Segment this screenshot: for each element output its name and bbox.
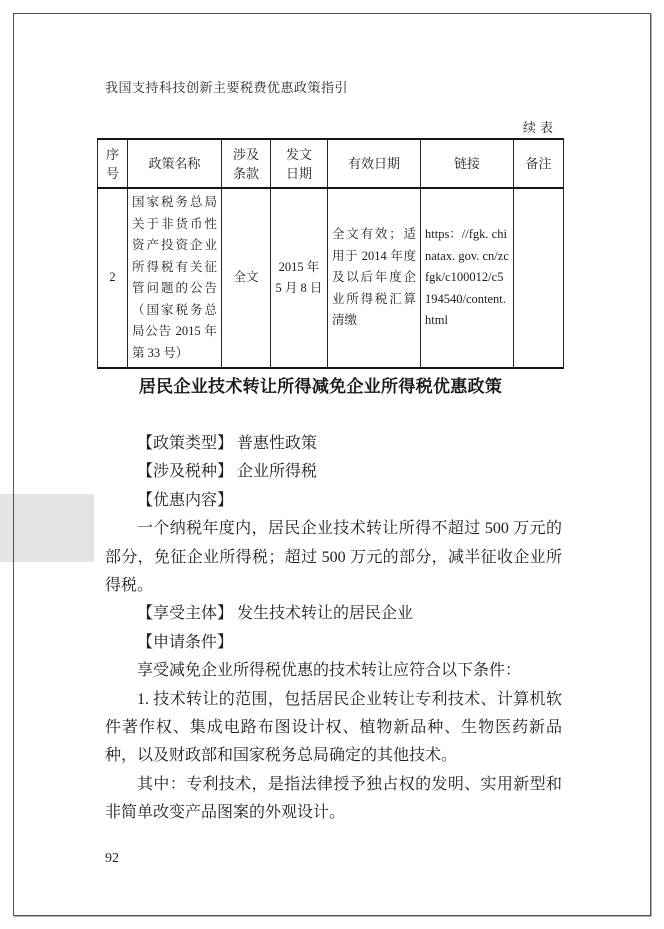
running-header: 我国支持科技创新主要税费优惠政策指引 [105, 77, 348, 96]
cell-policy-name: 国家税务总局关于非货币性资产投资企业所得税有关征管问题的公告（国家税务总局公告 … [128, 188, 222, 368]
condition-1-paragraph: 1. 技术转让的范围，包括居民企业转让专利技术、计算机软件著作权、集成电路布图设… [105, 686, 562, 771]
page-number: 92 [105, 851, 119, 867]
header-link: 链接 [421, 139, 514, 188]
header-clauses: 涉及 条款 [222, 139, 271, 188]
cell-issue-date: 2015 年 5 月 8 日 [271, 188, 328, 368]
policy-table: 序 号 政策名称 涉及 条款 发文 日期 有效日期 链接 备注 2 国家税务总局… [97, 138, 564, 369]
header-seq: 序 号 [98, 139, 128, 188]
benefit-label-line: 【优惠内容】 [105, 487, 562, 515]
cell-link: https：//fgk. chinatax. gov. cn/zcfgk/c10… [421, 188, 514, 368]
cell-seq: 2 [98, 188, 128, 368]
page-content: 我国支持科技创新主要税费优惠政策指引 续表 序 号 政策名称 [13, 13, 650, 915]
conditions-label-line: 【申请条件】 [105, 629, 562, 657]
patent-definition-paragraph: 其中：专利技术，是指法律授予独占权的发明、实用新型和非简单改变产品图案的外观设计… [105, 771, 562, 828]
cell-valid-date: 全文有效；适用于 2014 年度及以后年度企业所得税汇算清缴 [328, 188, 421, 368]
conditions-intro-paragraph: 享受减免企业所得税优惠的技术转让应符合以下条件： [105, 657, 562, 685]
continued-table-label: 续表 [97, 117, 557, 136]
table-row: 2 国家税务总局关于非货币性资产投资企业所得税有关征管问题的公告（国家税务总局公… [98, 188, 564, 368]
header-policy-name: 政策名称 [128, 139, 222, 188]
benefit-body-paragraph: 一个纳税年度内，居民企业技术转让所得不超过 500 万元的部分，免征企业所得税；… [105, 515, 562, 600]
cell-clauses: 全文 [222, 188, 271, 368]
section-title: 居民企业技术转让所得减免企业所得税优惠政策 [105, 377, 562, 397]
header-valid-date: 有效日期 [328, 139, 421, 188]
article-section: 居民企业技术转让所得减免企业所得税优惠政策 【政策类型】 普惠性政策 【涉及税种… [105, 377, 562, 828]
header-issue-date: 发文 日期 [271, 139, 328, 188]
policy-type-line: 【政策类型】 普惠性政策 [105, 430, 562, 458]
cell-remark [514, 188, 564, 368]
policy-table-container: 序 号 政策名称 涉及 条款 发文 日期 有效日期 链接 备注 2 国家税务总局… [97, 138, 563, 369]
table-header-row: 序 号 政策名称 涉及 条款 发文 日期 有效日期 链接 备注 [98, 139, 564, 188]
document-page: 我国支持科技创新主要税费优惠政策指引 续表 序 号 政策名称 [0, 0, 664, 929]
header-remark: 备注 [514, 139, 564, 188]
tax-type-line: 【涉及税种】 企业所得税 [105, 458, 562, 486]
beneficiary-line: 【享受主体】 发生技术转让的居民企业 [105, 600, 562, 628]
